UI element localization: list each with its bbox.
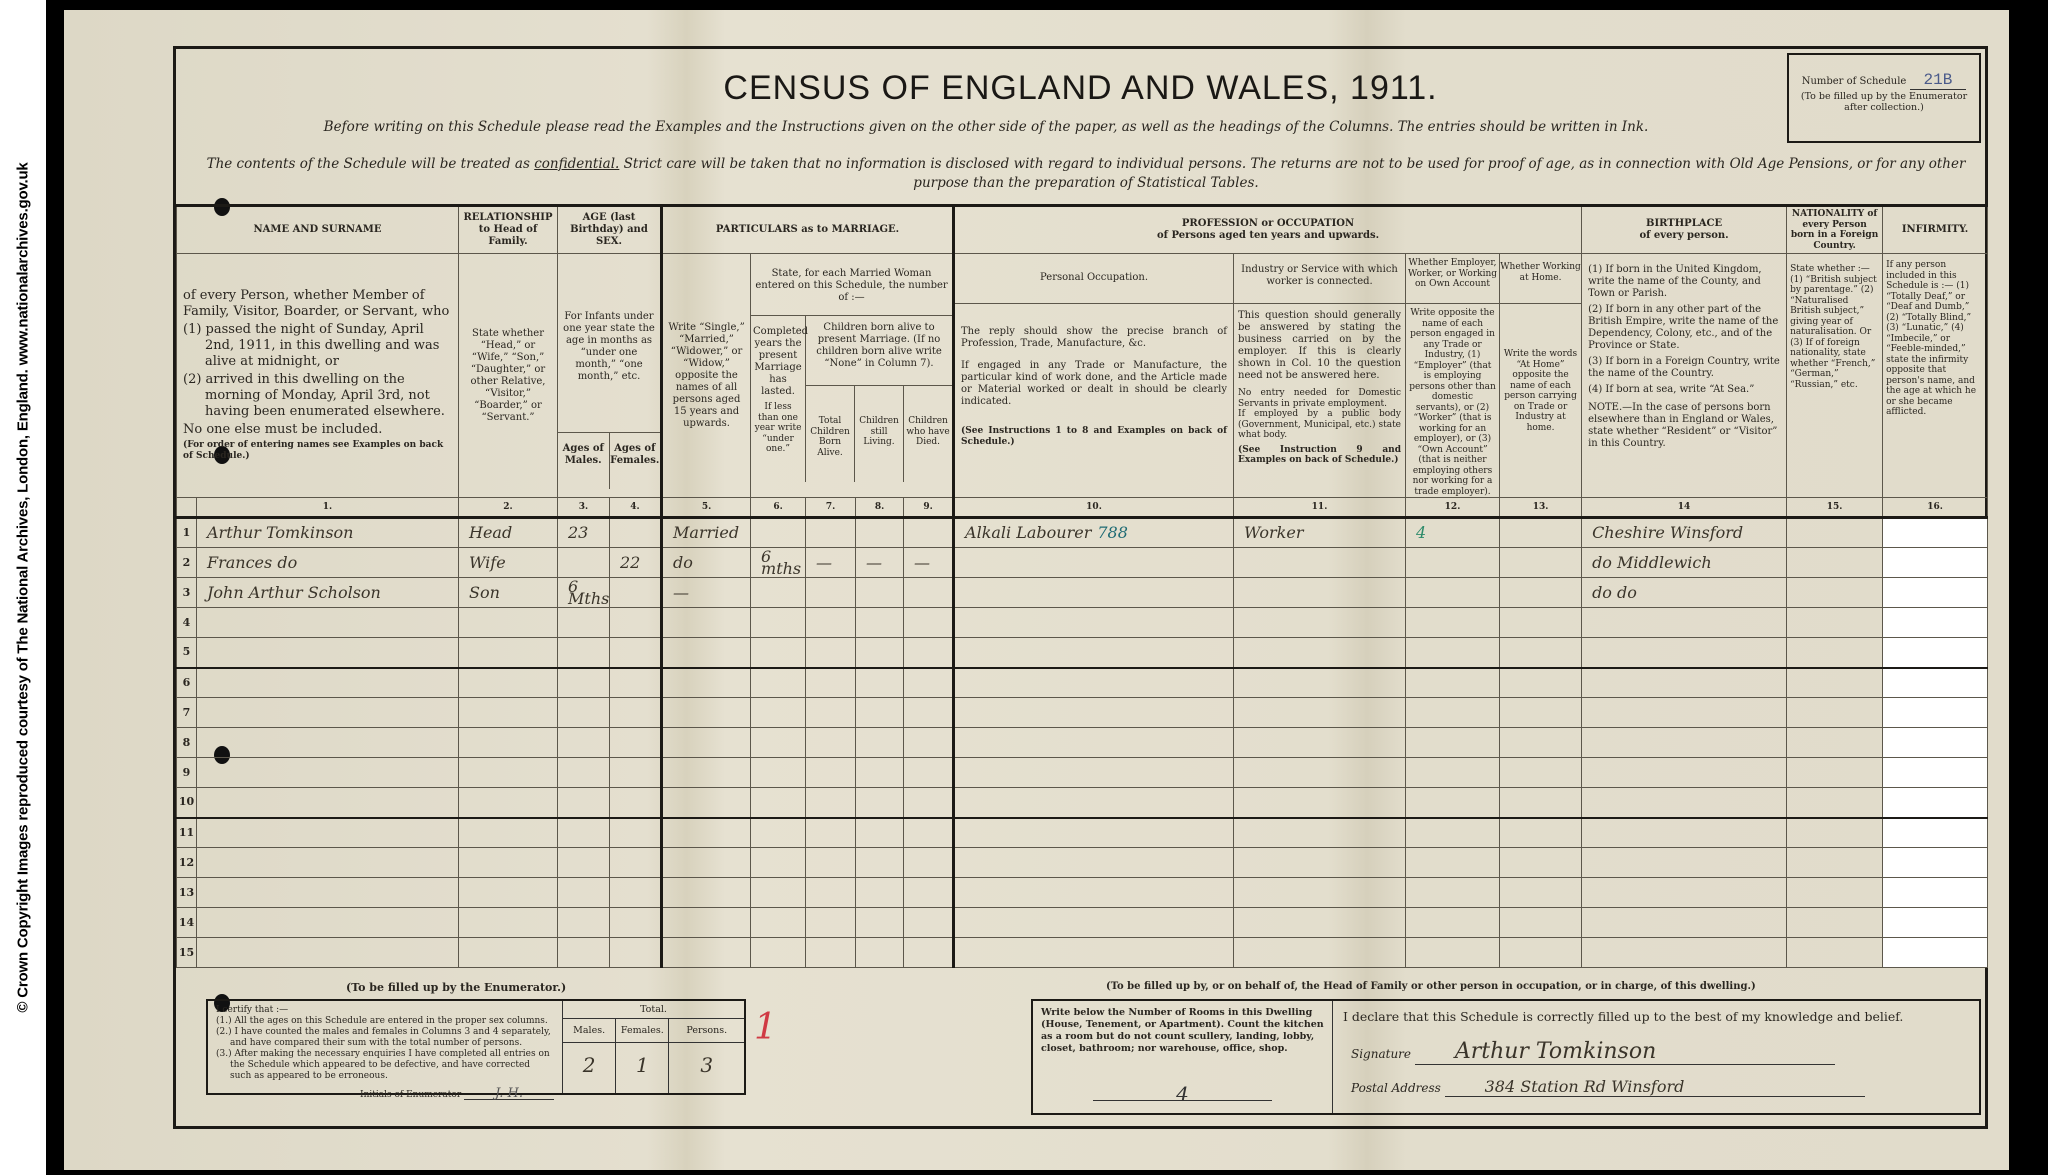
cell-birthplace[interactable] [1582, 728, 1787, 758]
cell-rel[interactable] [459, 758, 558, 788]
cell-rel[interactable]: Wife [459, 548, 558, 578]
row-number: 15 [177, 938, 197, 968]
cell-home[interactable] [1500, 818, 1582, 848]
cell-home[interactable] [1500, 548, 1582, 578]
cell-status[interactable] [662, 818, 751, 848]
cell-occupation[interactable] [954, 728, 1234, 758]
cell-birthplace[interactable] [1582, 938, 1787, 968]
cell-male[interactable]: 6 Mths [558, 578, 610, 608]
cell-living[interactable] [856, 518, 904, 548]
cell-total[interactable]: — [806, 548, 856, 578]
cell-home[interactable] [1500, 668, 1582, 698]
children-living-label: Children still Living. [855, 386, 904, 482]
heading-relationship: RELATIONSHIP to Head of Family. [459, 206, 558, 254]
cell-female[interactable] [610, 518, 662, 548]
cell-living[interactable] [856, 908, 904, 938]
cell-female[interactable] [610, 608, 662, 638]
cell-home[interactable] [1500, 698, 1582, 728]
cell-occupation[interactable]: Alkali Labourer788 [954, 518, 1234, 548]
birthplace-heading: BIRTHPLACE [1585, 218, 1783, 230]
cell-living[interactable] [856, 578, 904, 608]
home-label: Whether Working at Home. [1500, 254, 1581, 304]
cell-employer[interactable] [1406, 788, 1500, 818]
cell-industry[interactable] [1234, 728, 1406, 758]
cell-nationality[interactable] [1787, 608, 1883, 638]
cell-name[interactable] [197, 848, 459, 878]
cell-rel[interactable] [459, 908, 558, 938]
cell-status[interactable] [662, 938, 751, 968]
cell-name[interactable] [197, 668, 459, 698]
cell-status[interactable] [662, 788, 751, 818]
cell-occupation[interactable] [954, 788, 1234, 818]
cell-female[interactable] [610, 578, 662, 608]
cell-female[interactable] [610, 758, 662, 788]
cell-living[interactable] [856, 728, 904, 758]
cell-nationality[interactable] [1787, 908, 1883, 938]
cell-birthplace[interactable]: Cheshire Winsford [1582, 518, 1787, 548]
cell-nationality[interactable] [1787, 638, 1883, 668]
cell-employer[interactable] [1406, 728, 1500, 758]
cell-died[interactable] [904, 518, 954, 548]
cell-infirmity[interactable] [1883, 788, 1988, 818]
table-row: 1Arthur TomkinsonHead23MarriedAlkali Lab… [177, 518, 1988, 548]
employer-instructions: Whether Employer, Worker, or Working on … [1406, 254, 1500, 498]
personal-occupation-instr-1: The reply should show the precise branch… [961, 326, 1227, 350]
employer-label: Whether Employer, Worker, or Working on … [1406, 254, 1499, 304]
cell-status[interactable]: — [662, 578, 751, 608]
cell-industry[interactable] [1234, 878, 1406, 908]
cell-home[interactable] [1500, 938, 1582, 968]
cell-years[interactable] [751, 728, 806, 758]
cell-birthplace[interactable] [1582, 788, 1787, 818]
cell-infirmity[interactable] [1883, 848, 1988, 878]
postal-address-field[interactable]: Postal Address 384 Station Rd Winsford [1351, 1077, 1865, 1097]
cell-rel[interactable] [459, 818, 558, 848]
row-number: 7 [177, 698, 197, 728]
cell-name[interactable] [197, 608, 459, 638]
cell-status[interactable] [662, 878, 751, 908]
cell-birthplace[interactable] [1582, 758, 1787, 788]
cell-years[interactable] [751, 518, 806, 548]
cell-rel[interactable] [459, 938, 558, 968]
cell-name[interactable] [197, 788, 459, 818]
females-label: Females. [616, 1019, 669, 1043]
cell-employer[interactable] [1406, 638, 1500, 668]
cell-industry[interactable] [1234, 668, 1406, 698]
cell-male[interactable] [558, 938, 610, 968]
cell-home[interactable] [1500, 578, 1582, 608]
cell-occupation[interactable] [954, 698, 1234, 728]
confidentiality-notice: The contents of the Schedule will be tre… [196, 155, 1976, 193]
cell-nationality[interactable] [1787, 728, 1883, 758]
cell-died[interactable] [904, 698, 954, 728]
cell-nationality[interactable] [1787, 788, 1883, 818]
cell-female[interactable] [610, 788, 662, 818]
cell-employer[interactable] [1406, 578, 1500, 608]
cell-birthplace[interactable] [1582, 608, 1787, 638]
cell-infirmity[interactable] [1883, 548, 1988, 578]
cell-living[interactable] [856, 818, 904, 848]
marriage-write-instructions: Write “Single,” “Married,” “Widower,” or… [662, 254, 751, 498]
heading-occupation: PROFESSION or OCCUPATION of Persons aged… [954, 206, 1582, 254]
cell-employer[interactable] [1406, 698, 1500, 728]
cell-name[interactable] [197, 698, 459, 728]
cell-birthplace[interactable] [1582, 908, 1787, 938]
cell-occupation[interactable] [954, 818, 1234, 848]
cell-total[interactable] [806, 818, 856, 848]
cell-name[interactable]: Arthur Tomkinson [197, 518, 459, 548]
cell-infirmity[interactable] [1883, 878, 1988, 908]
cell-nationality[interactable] [1787, 848, 1883, 878]
cell-male[interactable] [558, 848, 610, 878]
cell-total[interactable] [806, 698, 856, 728]
cell-male[interactable] [558, 638, 610, 668]
cell-name[interactable] [197, 728, 459, 758]
cell-industry[interactable] [1234, 938, 1406, 968]
cell-home[interactable] [1500, 878, 1582, 908]
cell-total[interactable] [806, 878, 856, 908]
cell-employer[interactable] [1406, 668, 1500, 698]
cell-birthplace[interactable]: do Middlewich [1582, 548, 1787, 578]
cell-rel[interactable] [459, 848, 558, 878]
cell-male[interactable] [558, 608, 610, 638]
cell-rel[interactable] [459, 638, 558, 668]
cell-total[interactable] [806, 848, 856, 878]
cell-infirmity[interactable] [1883, 668, 1988, 698]
cell-infirmity[interactable] [1883, 818, 1988, 848]
cell-occupation[interactable] [954, 938, 1234, 968]
cell-years[interactable] [751, 608, 806, 638]
cell-male[interactable] [558, 668, 610, 698]
cell-rel[interactable] [459, 788, 558, 818]
cell-total[interactable] [806, 608, 856, 638]
cell-male[interactable] [558, 788, 610, 818]
enumerator-section-title: (To be filled up by the Enumerator.) [346, 981, 566, 994]
cell-occupation[interactable] [954, 638, 1234, 668]
cell-years[interactable] [751, 698, 806, 728]
cell-status[interactable] [662, 908, 751, 938]
cell-total[interactable] [806, 518, 856, 548]
cell-occupation[interactable] [954, 608, 1234, 638]
cell-birthplace[interactable]: do do [1582, 578, 1787, 608]
cell-occupation[interactable] [954, 668, 1234, 698]
cell-male[interactable] [558, 908, 610, 938]
cell-rel[interactable] [459, 728, 558, 758]
cell-male[interactable] [558, 878, 610, 908]
cell-home[interactable] [1500, 608, 1582, 638]
cell-home[interactable] [1500, 728, 1582, 758]
cell-industry[interactable] [1234, 818, 1406, 848]
cell-died[interactable] [904, 908, 954, 938]
cell-nationality[interactable] [1787, 668, 1883, 698]
cell-infirmity[interactable] [1883, 728, 1988, 758]
cell-died[interactable]: — [904, 548, 954, 578]
cell-rel[interactable] [459, 878, 558, 908]
cell-birthplace[interactable] [1582, 818, 1787, 848]
cell-rel[interactable]: Son [459, 578, 558, 608]
cell-status[interactable]: do [662, 548, 751, 578]
cell-employer[interactable]: 4 [1406, 518, 1500, 548]
heading-age: AGE (last Birthday) and SEX. [558, 206, 662, 254]
cell-employer[interactable] [1406, 878, 1500, 908]
cell-female[interactable] [610, 638, 662, 668]
cell-died[interactable] [904, 758, 954, 788]
cell-total[interactable] [806, 788, 856, 818]
postal-address-label: Postal Address [1351, 1081, 1441, 1095]
signature-field[interactable]: Signature Arthur Tomkinson [1351, 1039, 1835, 1065]
cell-living[interactable] [856, 758, 904, 788]
completed-years-note: If less than one year write “under one.” [753, 402, 803, 455]
cell-living[interactable] [856, 848, 904, 878]
cell-industry[interactable] [1234, 758, 1406, 788]
cell-years[interactable] [751, 908, 806, 938]
cell-nationality[interactable] [1787, 578, 1883, 608]
cell-infirmity[interactable] [1883, 638, 1988, 668]
married-woman-state: State, for each Married Woman entered on… [751, 254, 952, 316]
cell-infirmity[interactable] [1883, 698, 1988, 728]
cell-died[interactable] [904, 788, 954, 818]
cell-female[interactable] [610, 848, 662, 878]
cell-nationality[interactable] [1787, 518, 1883, 548]
cell-employer[interactable] [1406, 758, 1500, 788]
cell-female[interactable]: 22 [610, 548, 662, 578]
cell-died[interactable] [904, 668, 954, 698]
cell-nationality[interactable] [1787, 878, 1883, 908]
cell-infirmity[interactable] [1883, 938, 1988, 968]
cell-years[interactable] [751, 878, 806, 908]
cell-employer[interactable] [1406, 908, 1500, 938]
cell-status[interactable]: Married [662, 518, 751, 548]
certify-heading: I certify that :— [216, 1005, 554, 1016]
colnum: 12. [1406, 498, 1500, 518]
copyright-text: © Crown Copyright Images reproduced cour… [15, 162, 32, 1012]
birthplace-instr-3: (3) If born in a Foreign Country, write … [1588, 356, 1780, 380]
cell-total[interactable] [806, 728, 856, 758]
cell-years[interactable] [751, 638, 806, 668]
cell-nationality[interactable] [1787, 938, 1883, 968]
cell-years[interactable] [751, 848, 806, 878]
cell-years[interactable] [751, 788, 806, 818]
rooms-value[interactable]: 4 [1093, 1088, 1272, 1101]
cell-employer[interactable] [1406, 608, 1500, 638]
cell-male[interactable] [558, 758, 610, 788]
name-intro: of every Person, whether Member of Famil… [183, 288, 452, 320]
ages-of-females-label: Ages of Females. [610, 433, 661, 489]
cell-occupation[interactable] [954, 548, 1234, 578]
cell-living[interactable] [856, 698, 904, 728]
cell-industry[interactable] [1234, 548, 1406, 578]
cell-years[interactable] [751, 578, 806, 608]
cell-living[interactable]: — [856, 548, 904, 578]
cell-living[interactable] [856, 668, 904, 698]
cell-years[interactable] [751, 758, 806, 788]
name-no-one: No one else must be included. [183, 422, 452, 438]
males-total[interactable]: 2 [563, 1043, 616, 1093]
cell-status[interactable] [662, 668, 751, 698]
cell-total[interactable] [806, 908, 856, 938]
cell-industry[interactable] [1234, 908, 1406, 938]
cell-industry[interactable] [1234, 638, 1406, 668]
cell-died[interactable] [904, 848, 954, 878]
cell-female[interactable] [610, 668, 662, 698]
cell-years[interactable]: 6 mths [751, 548, 806, 578]
cell-employer[interactable] [1406, 548, 1500, 578]
cell-name[interactable] [197, 908, 459, 938]
cell-name[interactable] [197, 938, 459, 968]
cell-died[interactable] [904, 608, 954, 638]
occupation-code: 788 [1097, 523, 1128, 542]
row-number: 14 [177, 908, 197, 938]
cell-total[interactable] [806, 758, 856, 788]
cell-living[interactable] [856, 638, 904, 668]
cell-occupation[interactable] [954, 908, 1234, 938]
cell-female[interactable] [610, 728, 662, 758]
cell-infirmity[interactable] [1883, 518, 1988, 548]
females-total[interactable]: 1 [616, 1043, 669, 1093]
cell-infirmity[interactable] [1883, 608, 1988, 638]
cell-industry[interactable] [1234, 788, 1406, 818]
cell-living[interactable] [856, 878, 904, 908]
cell-occupation[interactable] [954, 848, 1234, 878]
cell-female[interactable] [610, 908, 662, 938]
cell-status[interactable] [662, 638, 751, 668]
table-row: 2Frances doWife22do6 mths———do Middlewic… [177, 548, 1988, 578]
initials-label: Initials of Enumerator [360, 1090, 461, 1100]
cell-birthplace[interactable] [1582, 698, 1787, 728]
cell-birthplace[interactable] [1582, 638, 1787, 668]
cell-died[interactable] [904, 818, 954, 848]
cell-infirmity[interactable] [1883, 908, 1988, 938]
cell-rel[interactable]: Head [459, 518, 558, 548]
cell-industry[interactable]: Worker [1234, 518, 1406, 548]
cell-female[interactable] [610, 698, 662, 728]
cell-total[interactable] [806, 578, 856, 608]
cell-employer[interactable] [1406, 938, 1500, 968]
cell-died[interactable] [904, 938, 954, 968]
cell-years[interactable] [751, 938, 806, 968]
cell-living[interactable] [856, 608, 904, 638]
cell-nationality[interactable] [1787, 758, 1883, 788]
cell-status[interactable] [662, 758, 751, 788]
cell-name[interactable] [197, 878, 459, 908]
cell-home[interactable] [1500, 518, 1582, 548]
cell-name[interactable]: John Arthur Scholson [197, 578, 459, 608]
colnum-spacer [177, 498, 197, 518]
cell-female[interactable] [610, 878, 662, 908]
cell-living[interactable] [856, 788, 904, 818]
cell-home[interactable] [1500, 848, 1582, 878]
cell-industry[interactable] [1234, 608, 1406, 638]
row-number: 10 [177, 788, 197, 818]
table-row: 9 [177, 758, 1988, 788]
cell-total[interactable] [806, 638, 856, 668]
enumerator-initials-field[interactable]: Initials of Enumerator J. H. [216, 1088, 554, 1101]
cell-occupation[interactable] [954, 578, 1234, 608]
cell-employer[interactable] [1406, 848, 1500, 878]
cell-name[interactable] [197, 818, 459, 848]
name-instructions: of every Person, whether Member of Famil… [177, 254, 459, 498]
cell-name[interactable] [197, 758, 459, 788]
cell-total[interactable] [806, 668, 856, 698]
cell-industry[interactable] [1234, 578, 1406, 608]
table-row: 5 [177, 638, 1988, 668]
cell-status[interactable] [662, 608, 751, 638]
cell-rel[interactable] [459, 668, 558, 698]
cell-status[interactable] [662, 848, 751, 878]
persons-total[interactable]: 3 [669, 1043, 744, 1093]
cell-name[interactable]: Frances do [197, 548, 459, 578]
cell-infirmity[interactable] [1883, 758, 1988, 788]
completed-years: Completed years the present Marriage has… [751, 316, 806, 482]
cell-home[interactable] [1500, 908, 1582, 938]
cell-status[interactable] [662, 728, 751, 758]
cell-years[interactable] [751, 668, 806, 698]
cell-employer[interactable] [1406, 818, 1500, 848]
industry-instr-3: If employed by a public body (Government… [1238, 409, 1401, 441]
cell-home[interactable] [1500, 758, 1582, 788]
name-item-1: (1) passed the night of Sunday, April 2n… [183, 322, 452, 370]
industry-instr-2: No entry needed for Domestic Servants in… [1238, 388, 1401, 409]
cell-occupation[interactable] [954, 878, 1234, 908]
cell-rel[interactable] [459, 608, 558, 638]
cell-male[interactable]: 23 [558, 518, 610, 548]
row-number: 3 [177, 578, 197, 608]
cell-industry[interactable] [1234, 698, 1406, 728]
table-row: 12 [177, 848, 1988, 878]
cell-male[interactable] [558, 818, 610, 848]
declaration: I declare that this Schedule is correctl… [1333, 1001, 1979, 1113]
cell-birthplace[interactable] [1582, 668, 1787, 698]
cell-status[interactable] [662, 698, 751, 728]
cell-female[interactable] [610, 818, 662, 848]
colnum: 1. [197, 498, 459, 518]
cell-total[interactable] [806, 938, 856, 968]
cell-name[interactable] [197, 638, 459, 668]
cell-birthplace[interactable] [1582, 878, 1787, 908]
industry-instructions: Industry or Service with which worker is… [1234, 254, 1406, 498]
cell-died[interactable] [904, 578, 954, 608]
cell-died[interactable] [904, 638, 954, 668]
row-number: 4 [177, 608, 197, 638]
cell-died[interactable] [904, 728, 954, 758]
cell-occupation[interactable] [954, 758, 1234, 788]
cell-rel[interactable] [459, 698, 558, 728]
cell-infirmity[interactable] [1883, 578, 1988, 608]
cell-nationality[interactable] [1787, 548, 1883, 578]
age-infant-instruction: For Infants under one year state the age… [558, 263, 660, 433]
personal-occupation-instr-2: If engaged in any Trade or Manufacture, … [961, 360, 1227, 408]
infirmity-instructions: If any person included in this Schedule … [1883, 254, 1988, 498]
cell-male[interactable] [558, 698, 610, 728]
cell-died[interactable] [904, 878, 954, 908]
cell-living[interactable] [856, 938, 904, 968]
cell-male[interactable] [558, 548, 610, 578]
row-number: 9 [177, 758, 197, 788]
total-heading: Total. [563, 1001, 744, 1019]
cell-birthplace[interactable] [1582, 848, 1787, 878]
cell-nationality[interactable] [1787, 698, 1883, 728]
cell-years[interactable] [751, 818, 806, 848]
colnum: 7. [806, 498, 856, 518]
cell-industry[interactable] [1234, 848, 1406, 878]
cell-home[interactable] [1500, 788, 1582, 818]
cell-male[interactable] [558, 728, 610, 758]
cell-female[interactable] [610, 938, 662, 968]
initials-value: J. H. [464, 1088, 554, 1100]
cell-home[interactable] [1500, 638, 1582, 668]
cell-nationality[interactable] [1787, 818, 1883, 848]
schedule-number-label: Number of Schedule [1802, 76, 1907, 87]
